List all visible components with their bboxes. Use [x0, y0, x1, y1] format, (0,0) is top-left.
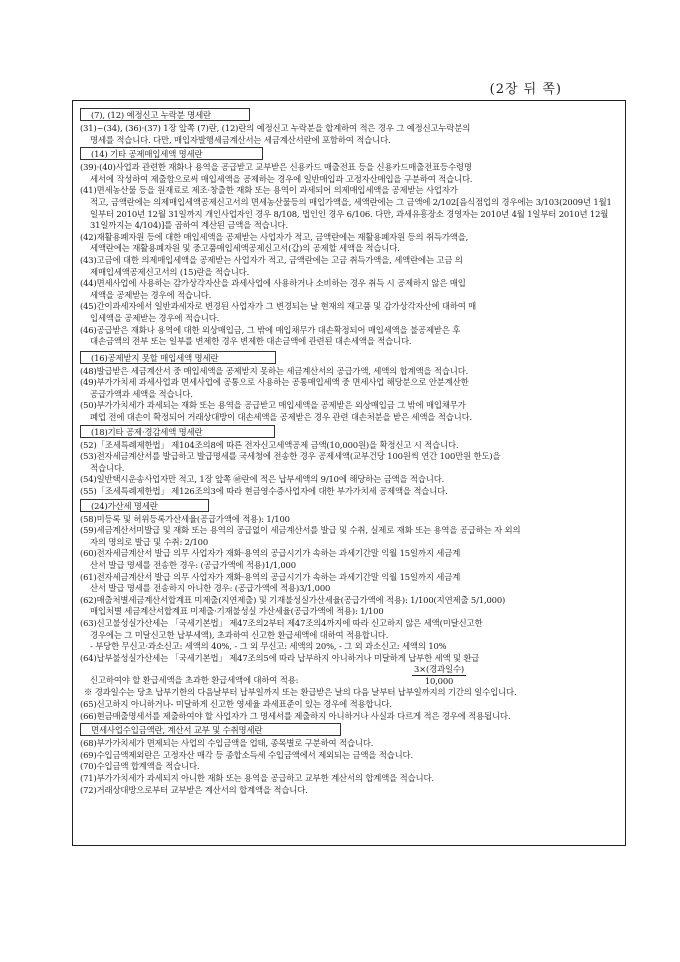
item-39-40: (39)·(40)사업과 관련한 재화나 용역을 공급받고 교부받은 신용카드 … — [80, 162, 619, 185]
item-62: (62)매출처별세금계산서합계표 미제출(지연제출) 및 기재불성실가산세율(공… — [80, 595, 619, 618]
item-52: (52)「조세특례제한법」 제104조의8에 따른 전자신고세액공제 금액(10… — [80, 440, 619, 452]
section-header-taxfree-revenue-invoices: 면세사업수입금액란, 계산서 교부 및 수취명세란 — [80, 723, 341, 736]
item-50: (50)부가가치세가 과세되는 재화 또는 용역을 공급받고 매입세액을 공제받… — [80, 400, 619, 423]
item-64: (64)납부불성실가산세는 「국세기본법」 제47조의5에 따라 납부하지 아니… — [80, 653, 619, 665]
section-header-penalty-tax: (24)가산세 명세란 — [80, 499, 209, 512]
item-70: (70)수입금액 합계액을 적습니다. — [80, 761, 619, 773]
item-63: (63)신고불성실가산세는 「국세기본법」 제47조의2부터 제47조의4까지에… — [80, 618, 619, 653]
item-60: (60)전자세금계산서 발급 의무 사업자가 재화·용역의 공급시기가 속하는 … — [80, 548, 619, 571]
item-48: (48)발급받은 세금계산서 중 매입세액을 공제받지 못하는 세금계산서의 공… — [80, 366, 619, 378]
formula-numerator: 3×(경과일수) — [412, 664, 466, 676]
item-41: (41)면세농산물 등을 원재료로 제조·창출한 재화 또는 용역이 과세되어 … — [80, 185, 619, 231]
item-64-formula-row: 신고하여야 할 환급세액을 초과한 환급세액에 대하여 적용: 3×(경과일수)… — [80, 664, 619, 687]
item-44: (44)면세사업에 사용하는 감가상각자산을 과세사업에 사용하거나 소비하는 … — [80, 278, 619, 301]
item-72: (72)거래상대방으로부터 교부받은 계산서의 합계액을 적습니다. — [80, 785, 619, 797]
instructions-frame: (7), (12) 예정신고 누락분 명세란 (31)~(34), (36)·(… — [72, 100, 626, 846]
item-69: (69)수입금액제외란은 고정자산 매각 등 종합소득세 수입금액에서 제외되는… — [80, 750, 619, 762]
item-42: (42)재활용폐자원 등에 대한 매입세액을 공제받는 사업자가 적고, 금액란… — [80, 232, 619, 255]
page-label: (2장 뒤 쪽) — [490, 78, 562, 97]
item-31-37: (31)~(34), (36)·(37) 1장 앞쪽 (7)란, (12)란의 … — [80, 123, 619, 146]
section-header-preliminary-omission: (7), (12) 예정신고 누락분 명세란 — [80, 108, 250, 121]
item-49: (49)부가가치세 과세사업과 면세사업에 공통으로 사용하는 공통매입세액 중… — [80, 377, 619, 400]
item-43: (43)고금에 대한 의제매입세액을 공제받는 사업자가 적고, 금액란에는 고… — [80, 255, 619, 278]
elapsed-days-note: ※ 경과일수는 당초 납부기한의 다음날부터 납부일까지 또는 환급받은 날의 … — [80, 687, 619, 699]
item-61: (61)전자세금계산서 발급 의무 사업자가 재화·용역의 공급시기가 속하는 … — [80, 572, 619, 595]
item-54: (54)일반택시운송사업자만 적고, 1장 앞쪽 ㉻란에 적은 납부세액의 9/… — [80, 474, 619, 486]
section-header-nondeductible-input-tax: (16)공제받지 못할 매입세액 명세란 — [80, 351, 276, 364]
item-58: (58)미등록 및 허위등록가산세율(공급가액에 적용): 1/100 — [80, 514, 619, 526]
item-71: (71)부가가치세가 과세되지 아니한 재화 또는 용역을 공급하고 교부한 계… — [80, 773, 619, 785]
item-59: (59)세금계산서미발급 및 재화 또는 용역의 공급없이 세금계산서를 발급 … — [80, 525, 619, 548]
item-68: (68)부가가치세가 면제되는 사업의 수입금액을 업태, 종목별로 구분하여 … — [80, 738, 619, 750]
item-55: (55)「조세특례제한법」 제126조의3에 따라 현금영수증사업자에 대한 부… — [80, 486, 619, 498]
item-63-rates: - 부당한 무신고·과소신고: 세액의 40%, - 그 외 무신고: 세액의 … — [90, 641, 447, 651]
item-65: (65)신고하지 아니하거나- 미달하게 신고한 영세율 과세표준이 있는 경우… — [80, 699, 619, 711]
item-45: (45)간이과세자에서 일반과세자로 변경된 사업자가 그 변경되는 날 현재의… — [80, 301, 619, 324]
section-header-other-deductible-input-tax: (14) 기타 공제매입세액 명세란 — [80, 147, 263, 160]
formula-denominator: 10,000 — [425, 676, 453, 687]
late-payment-formula: 3×(경과일수) 10,000 — [412, 664, 466, 686]
item-46: (46)공급받은 재화나 용역에 대한 외상매입금, 그 밖에 매입채무가 대손… — [80, 325, 619, 348]
item-53: (53)전자세금계산서를 발급하고 발급명세를 국세청에 전송한 경우 공제세액… — [80, 451, 619, 474]
item-66: (66)현금매출명세서를 제출하여야 할 사업자가 그 명세서를 제출하지 아니… — [80, 711, 619, 723]
section-header-other-deduction-reduction: (18)기타 공제·경감세액 명세란 — [80, 425, 275, 438]
item-64-continuation: 신고하여야 할 환급세액을 초과한 환급세액에 대하여 적용: — [90, 675, 298, 687]
